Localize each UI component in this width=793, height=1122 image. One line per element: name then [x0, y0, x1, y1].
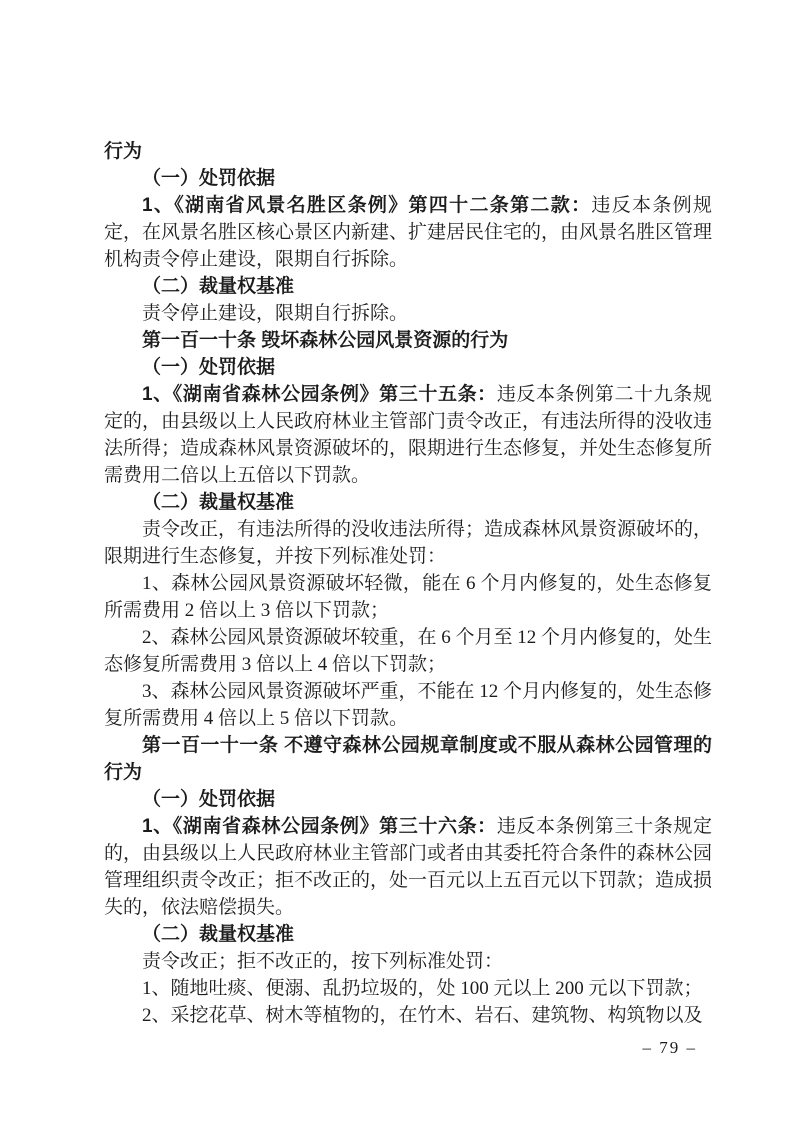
text-segment: 行为: [104, 141, 142, 162]
text-segment: （二）裁量权基准: [142, 924, 294, 945]
text-segment: 1、《湖南省森林公园条例》第三十六条：: [142, 816, 497, 837]
text-segment: 2、森林公园风景资源破坏较重，在 6 个月至 12 个月内修复的，处生态修复所需…: [104, 627, 712, 675]
paragraph-subheading: （二）裁量权基准: [104, 489, 712, 516]
paragraph-body: 1、《湖南省风景名胜区条例》第四十二条第二款：违反本条例规定，在风景名胜区核心景…: [104, 192, 712, 273]
paragraph-body: 3、森林公园风景资源破坏严重，不能在 12 个月内修复的，处生态修复所需费用 4…: [104, 678, 712, 732]
text-segment: （一）处罚依据: [142, 789, 275, 810]
text-segment: 1、森林公园风景资源破坏轻微，能在 6 个月内修复的，处生态修复所需费用 2 倍…: [104, 573, 712, 621]
text-segment: 责令停止建设，限期自行拆除。: [142, 303, 408, 324]
paragraph-subheading: （二）裁量权基准: [104, 921, 712, 948]
paragraph-subheading: （一）处罚依据: [104, 354, 712, 381]
text-segment: （一）处罚依据: [142, 168, 275, 189]
document-page: 行为（一）处罚依据1、《湖南省风景名胜区条例》第四十二条第二款：违反本条例规定，…: [0, 0, 793, 1122]
paragraph-body: 2、森林公园风景资源破坏较重，在 6 个月至 12 个月内修复的，处生态修复所需…: [104, 624, 712, 678]
text-segment: 1、随地吐痰、便溺、乱扔垃圾的，处 100 元以上 200 元以下罚款；: [142, 978, 703, 999]
text-segment: （二）裁量权基准: [142, 492, 294, 513]
paragraph-body: 责令改正；拒不改正的，按下列标准处罚：: [104, 948, 712, 975]
page-number: – 79 –: [643, 1036, 698, 1060]
paragraph-article-heading: 第一百一十条 毁坏森林公园风景资源的行为: [104, 327, 712, 354]
paragraph-body: 1、《湖南省森林公园条例》第三十五条：违反本条例第二十九条规定的，由县级以上人民…: [104, 381, 712, 489]
paragraph-subheading: （二）裁量权基准: [104, 273, 712, 300]
paragraph-body: 1、《湖南省森林公园条例》第三十六条：违反本条例第三十条规定的，由县级以上人民政…: [104, 813, 712, 921]
text-segment: 2、采挖花草、树木等植物的，在竹木、岩石、建筑物、构筑物以及: [142, 1005, 703, 1026]
paragraph-body: 1、森林公园风景资源破坏轻微，能在 6 个月内修复的，处生态修复所需费用 2 倍…: [104, 570, 712, 624]
text-segment: 第一百一十条 毁坏森林公园风景资源的行为: [142, 330, 508, 351]
text-segment: 第一百一十一条 不遵守森林公园规章制度或不服从森林公园管理的行为: [104, 735, 712, 783]
paragraph-body: 2、采挖花草、树木等植物的，在竹木、岩石、建筑物、构筑物以及: [104, 1002, 712, 1029]
document-body: 行为（一）处罚依据1、《湖南省风景名胜区条例》第四十二条第二款：违反本条例规定，…: [104, 138, 712, 1029]
text-segment: 责令改正，有违法所得的没收违法所得；造成森林风景资源破坏的，限期进行生态修复，并…: [104, 519, 712, 567]
paragraph-heading-continuation: 行为: [104, 138, 712, 165]
text-segment: 责令改正；拒不改正的，按下列标准处罚：: [142, 951, 503, 972]
paragraph-body: 责令改正，有违法所得的没收违法所得；造成森林风景资源破坏的，限期进行生态修复，并…: [104, 516, 712, 570]
paragraph-article-heading: 第一百一十一条 不遵守森林公园规章制度或不服从森林公园管理的行为: [104, 732, 712, 786]
text-segment: 1、《湖南省森林公园条例》第三十五条：: [142, 384, 497, 405]
text-segment: （一）处罚依据: [142, 357, 275, 378]
paragraph-body: 1、随地吐痰、便溺、乱扔垃圾的，处 100 元以上 200 元以下罚款；: [104, 975, 712, 1002]
paragraph-subheading: （一）处罚依据: [104, 786, 712, 813]
paragraph-body: 责令停止建设，限期自行拆除。: [104, 300, 712, 327]
text-segment: （二）裁量权基准: [142, 276, 294, 297]
text-segment: 1、《湖南省风景名胜区条例》第四十二条第二款：: [142, 195, 591, 216]
paragraph-subheading: （一）处罚依据: [104, 165, 712, 192]
text-segment: 3、森林公园风景资源破坏严重，不能在 12 个月内修复的，处生态修复所需费用 4…: [104, 681, 712, 729]
